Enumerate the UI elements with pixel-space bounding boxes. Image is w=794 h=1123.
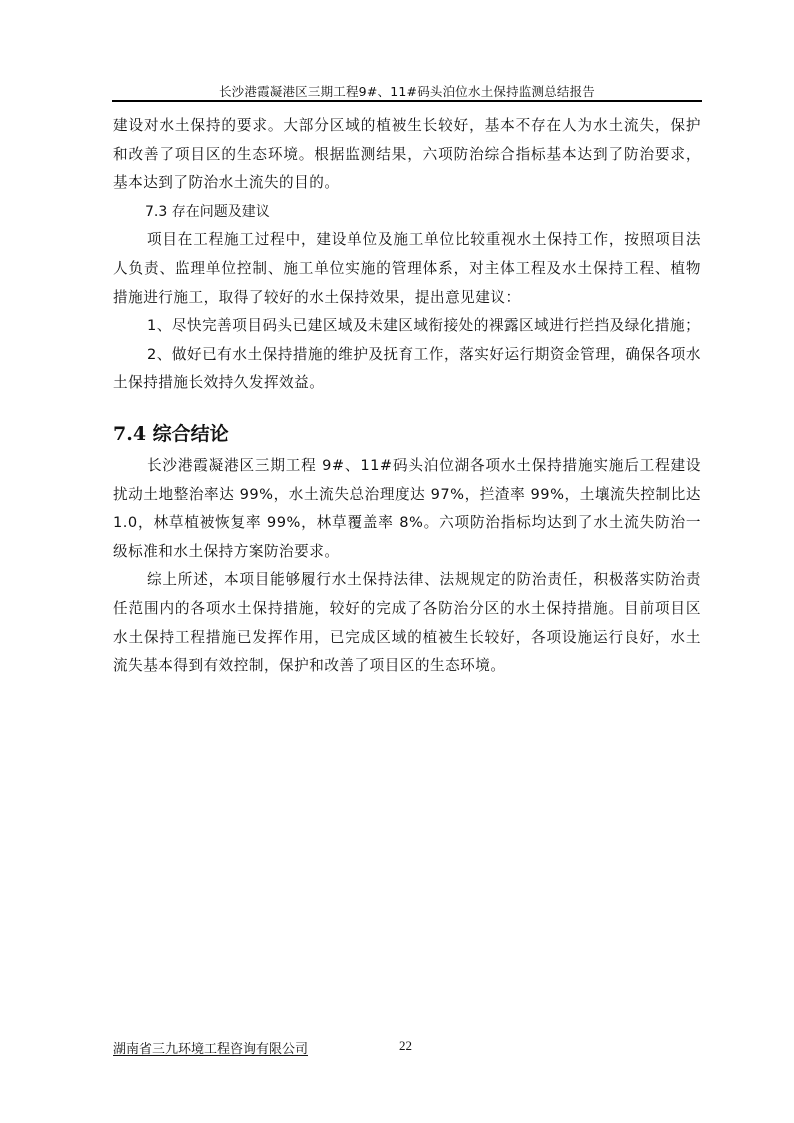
header-rule [112, 100, 702, 102]
section-7-3-paragraph: 项目在工程施工过程中，建设单位及施工单位比较重视水土保持工作，按照项目法人负责、… [113, 226, 701, 312]
intro-paragraph: 建设对水土保持的要求。大部分区域的植被生长较好，基本不存在人为水土流失，保护和改… [113, 112, 701, 198]
section-7-3-heading: 7.3 存在问题及建议 [113, 198, 701, 227]
footer-company: 湖南省三九环境工程咨询有限公司 [113, 1038, 308, 1057]
document-body: 建设对水土保持的要求。大部分区域的植被生长较好，基本不存在人为水土流失，保护和改… [113, 112, 701, 681]
conclusion-paragraph-2: 综上所述，本项目能够履行水土保持法律、法规规定的防治责任，积极落实防治责任范围内… [113, 566, 701, 680]
page-number: 22 [399, 1038, 412, 1054]
section-7-4-heading: 7.4 综合结论 [113, 420, 701, 448]
running-header: 长沙港霞凝港区三期工程9#、11#码头泊位水土保持监测总结报告 [113, 82, 701, 100]
conclusion-paragraph-1: 长沙港霞凝港区三期工程 9#、11#码头泊位湖各项水土保持措施实施后工程建设扰动… [113, 452, 701, 566]
suggestion-item-2: 2、做好已有水土保持措施的维护及抚育工作，落实好运行期资金管理，确保各项水土保持… [113, 341, 701, 398]
suggestion-item-1: 1、尽快完善项目码头已建区域及未建区域衔接处的裸露区域进行拦挡及绿化措施； [113, 312, 701, 341]
